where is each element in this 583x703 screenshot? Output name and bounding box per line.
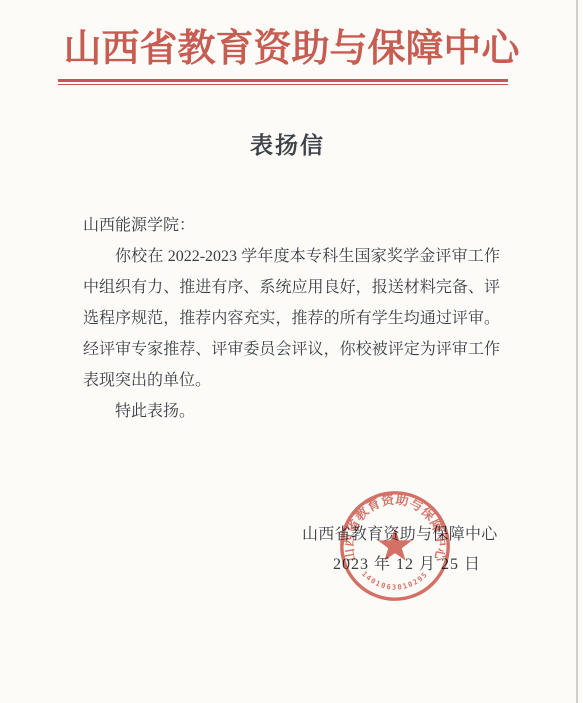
body-line: 选程序规范，推荐内容充实，推荐的所有学生均通过评审。 [83, 303, 500, 334]
signature-org-name: 山西省教育资助与保障中心 [302, 521, 498, 544]
salutation: 山西能源学院： [83, 210, 500, 241]
official-seal: 山西省教育资助与保障中心 1401063010295 [338, 489, 452, 603]
body-line: 经评审专家推荐、评审委员会评议，你校被评定为评审工作 [83, 334, 500, 365]
body-line: 表现突出的单位。 [83, 365, 500, 396]
letter-title: 表扬信 [0, 127, 575, 160]
body-line: 你校在 2022-2023 学年度本专科生国家奖学金评审工作 [83, 241, 500, 272]
letterhead-double-rule [58, 79, 508, 85]
body-line: 中组织有力、推进有序、系统应用良好，报送材料完备、评 [83, 272, 500, 303]
scan-edge-line [576, 0, 578, 703]
letter-page: 山西省教育资助与保障中心 表扬信 山西能源学院： 你校在 2022-2023 学… [0, 0, 583, 703]
letterhead-org-name: 山西省教育资助与保障中心 [0, 17, 583, 72]
closing-line: 特此表扬。 [83, 396, 500, 427]
seal-ring [342, 493, 448, 599]
signature-date: 2023 年 12 月 25 日 [333, 551, 481, 574]
